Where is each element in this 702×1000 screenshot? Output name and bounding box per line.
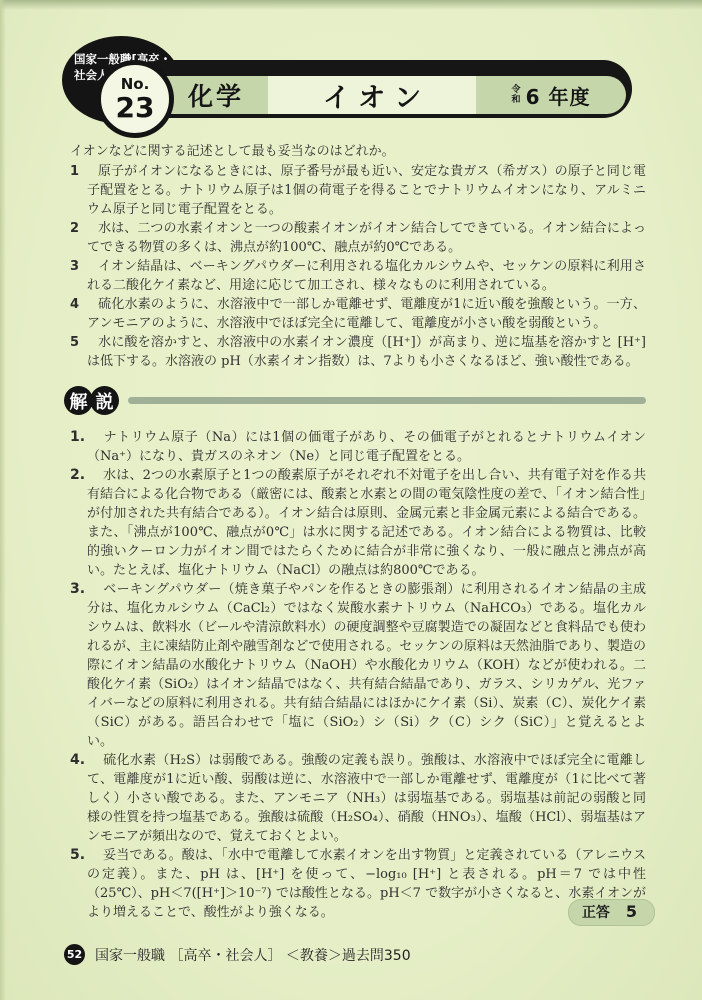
explanation-item-3: 3.ベーキングパウダー（焼き菓子やパンを作るときの膨張剤）に利用されるイオン結晶… [70,580,646,751]
option-4-text: 硫化水素のように、水溶液中で一部しか電離せず、電離度が1に近い酸を強酸という。一… [87,297,646,331]
explanation-item-4-text: 硫化水素（H₂S）は弱酸である。強酸の定義も誤り。強酸は、水溶液中でほぼ完全に電… [87,753,646,844]
explanation-header: 解 説 [64,386,646,415]
option-5: 5水に酸を溶かすと、水溶液中の水素イオン濃度（[H⁺]）が高まり、逆に塩基を溶か… [70,333,646,371]
kaisetsu-rule [128,397,646,404]
year-label: 6 年度 [526,81,591,110]
option-2: 2水は、二つの水素イオンと一つの酸素イオンがイオン結合してできている。イオン結合… [70,219,646,257]
footer-text: 国家一般職 ［高卒・社会人］ ＜教養＞過去問350 [95,945,411,965]
question-number-badge: No. 23 [96,60,174,138]
answer-label: 正答 [582,902,610,922]
explanation-item-5-number: 5. [70,846,103,865]
kaisetsu-badge-char-1: 解 [64,386,93,415]
era-label: 令 和 [512,85,521,106]
explanation-item-4-number: 4. [70,751,103,770]
question-stem: イオンなどに関する記述として最も妥当なのはどれか。 [70,142,646,161]
explanation-item-3-number: 3. [70,580,103,599]
option-2-text: 水は、二つの水素イオンと一つの酸素イオンがイオン結合してできている。イオン結合に… [87,221,646,255]
page-number-badge: 52 [64,944,85,965]
option-5-number: 5 [70,333,98,352]
option-4: 4硫化水素のように、水溶液中で一部しか電離せず、電離度が1に近い酸を強酸という。… [70,295,646,333]
option-3-number: 3 [70,257,98,276]
explanation-item-3-text: ベーキングパウダー（焼き菓子やパンを作るときの膨張剤）に利用されるイオン結晶の主… [87,582,646,749]
explanation-item-1-text: ナトリウム原子（Na）には1個の価電子があり、その価電子がとれるとナトリウムイオ… [87,430,646,464]
explanation-section: 1.ナトリウム原子（Na）には1個の価電子があり、その価電子がとれるとナトリウム… [70,428,646,922]
option-1-number: 1 [70,162,98,181]
explanation-item-1: 1.ナトリウム原子（Na）には1個の価電子があり、その価電子がとれるとナトリウム… [70,428,646,466]
option-1-text: 原子がイオンになるときには、原子番号が最も近い、安定な貴ガス（希ガス）の原子と同… [87,164,646,217]
scan-edge-left [0,0,6,1000]
kaisetsu-badge-char-2: 説 [90,386,119,415]
topic-title: イオン [268,76,476,114]
explanation-item-2-number: 2. [70,466,103,485]
no-label: No. [121,77,150,92]
explanation-item-2-text: 水は、2つの水素原子と1つの酸素原子がそれぞれ不対電子を出し合い、共有電子対を作… [87,468,646,578]
scan-edge-top [0,0,702,10]
option-1: 1原子がイオンになるときには、原子番号が最も近い、安定な貴ガス（希ガス）の原子と… [70,162,646,219]
question-number: 23 [116,94,155,122]
page-footer: 52 国家一般職 ［高卒・社会人］ ＜教養＞過去問350 [64,944,411,965]
option-3: 3イオン結晶は、ベーキングパウダーに利用される塩化カルシウムや、セッケンの原料に… [70,257,646,295]
question-section: イオンなどに関する記述として最も妥当なのはどれか。 1原子がイオンになるときには… [70,142,646,371]
option-5-text: 水に酸を溶かすと、水溶液中の水素イオン濃度（[H⁺]）が高まり、逆に塩基を溶かす… [87,335,646,369]
explanation-item-1-number: 1. [70,428,103,447]
title-bar: 化学 イオン 令 和 6 年度 [150,60,632,118]
explanation-item-5: 5.妥当である。酸は、「水中で電離して水素イオンを出す物質」と定義されている（ア… [70,846,646,922]
answer-value: 5 [626,902,637,921]
option-2-number: 2 [70,219,98,238]
explanation-item-5-text: 妥当である。酸は、「水中で電離して水素イオンを出す物質」と定義されている（アレニ… [87,848,646,920]
question-header: 国家一般職[高卒・ 社会人] 化学 イオン 令 和 6 年度 No. 23 [0,30,702,142]
option-4-number: 4 [70,295,98,314]
explanation-item-2: 2.水は、2つの水素原子と1つの酸素原子がそれぞれ不対電子を出し合い、共有電子対… [70,466,646,580]
correct-answer-badge: 正答 5 [568,899,655,926]
year-badge: 令 和 6 年度 [476,76,626,114]
title-strip: 化学 イオン 令 和 6 年度 [164,76,626,114]
subject-label: 化学 [164,76,268,114]
explanation-item-4: 4.硫化水素（H₂S）は弱酸である。強酸の定義も誤り。強酸は、水溶液中でほぼ完全… [70,751,646,846]
era-char-1: 令 [512,85,521,95]
option-3-text: イオン結晶は、ベーキングパウダーに利用される塩化カルシウムや、セッケンの原料に利… [87,259,646,293]
era-char-2: 和 [512,95,521,105]
answer-row: 正答 5 [568,899,655,926]
